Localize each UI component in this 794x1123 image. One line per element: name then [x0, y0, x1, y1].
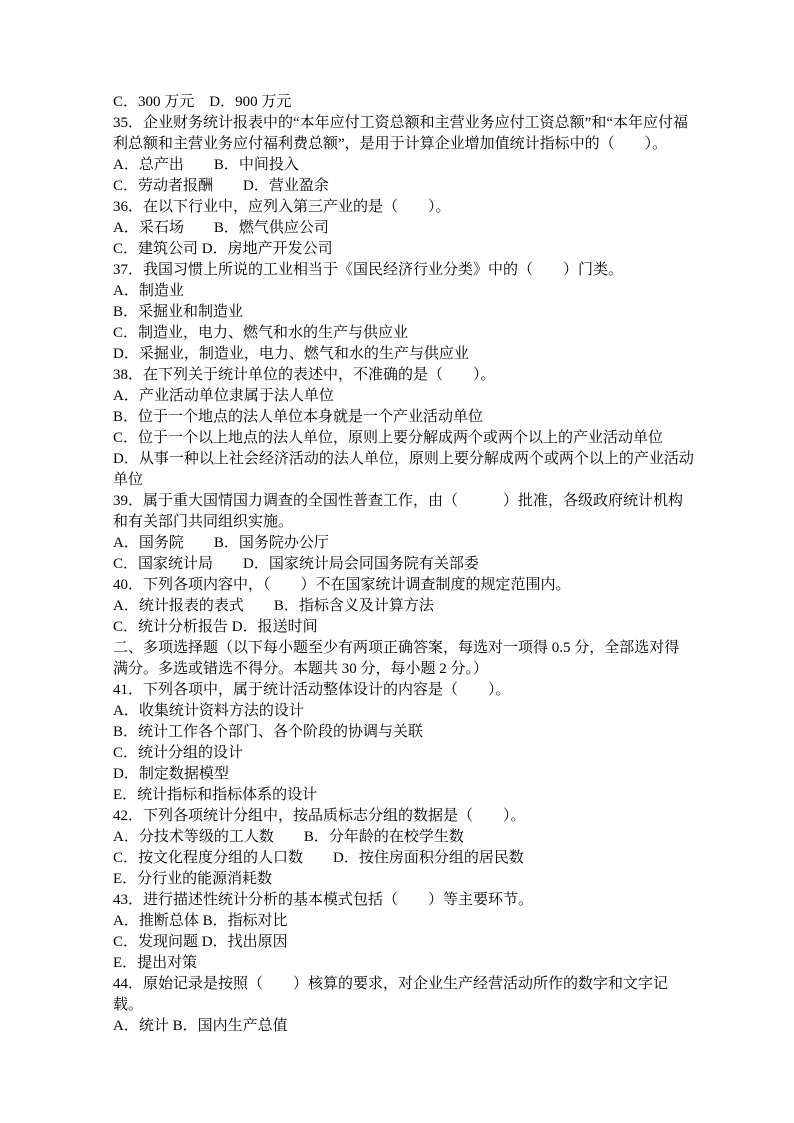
- option-line: E．提出对策: [113, 953, 694, 974]
- option-line: C．劳动者报酬 D．营业盈余: [113, 176, 694, 197]
- option-line: C．位于一个以上地点的法人单位，原则上要分解成两个或两个以上的产业活动单位: [113, 428, 694, 449]
- question-block: 38．在下列关于统计单位的表述中，不准确的是（ ）。A．产业活动单位隶属于法人单…: [113, 365, 694, 491]
- question-block: 36．在以下行业中，应列入第三产业的是（ ）。A．采石场 B．燃气供应公司C．建…: [113, 197, 694, 260]
- option-line: C．发现问题 D．找出原因: [113, 932, 694, 953]
- question-block: 39．属于重大国情国力调查的全国性普查工作，由（ ）批准，各级政府统计机构和有关…: [113, 491, 694, 575]
- option-line: A．国务院 B．国务院办公厅: [113, 533, 694, 554]
- option-line: E．统计指标和指标体系的设计: [113, 785, 694, 806]
- option-line: C．国家统计局 D．国家统计局会同国务院有关部委: [113, 554, 694, 575]
- option-line: C．统计分析报告 D．报送时间: [113, 617, 694, 638]
- option-line: D．从事一种以上社会经济活动的法人单位，原则上要分解成两个或两个以上的产业活动单…: [113, 449, 694, 491]
- question-block: 35．企业财务统计报表中的“本年应付工资总额和主营业务应付工资总额”和“本年应付…: [113, 113, 694, 197]
- question-stem: 36．在以下行业中，应列入第三产业的是（ ）。: [113, 197, 694, 218]
- option-line: C．制造业，电力、燃气和水的生产与供应业: [113, 323, 694, 344]
- question-stem: 39．属于重大国情国力调查的全国性普查工作，由（ ）批准，各级政府统计机构和有关…: [113, 491, 694, 533]
- question-block: 44．原始记录是按照（ ）核算的要求，对企业生产经营活动所作的数字和文字记载。A…: [113, 974, 694, 1037]
- option-line: C．统计分组的设计: [113, 743, 694, 764]
- question-block: 40．下列各项内容中，（ ）不在国家统计调查制度的规定范围内。A．统计报表的表式…: [113, 575, 694, 638]
- question-stem: 37．我国习惯上所说的工业相当于《国民经济行业分类》中的（ ）门类。: [113, 260, 694, 281]
- question-stem: 35．企业财务统计报表中的“本年应付工资总额和主营业务应付工资总额”和“本年应付…: [113, 113, 694, 155]
- option-line: C．按文化程度分组的人口数 D．按住房面积分组的居民数: [113, 848, 694, 869]
- option-line: B．位于一个地点的法人单位本身就是一个产业活动单位: [113, 407, 694, 428]
- question-stem: 43．进行描述性统计分析的基本模式包括（ ）等主要环节。: [113, 890, 694, 911]
- option-line: A．统计报表的表式 B．指标含义及计算方法: [113, 596, 694, 617]
- option-line: A．采石场 B．燃气供应公司: [113, 218, 694, 239]
- option-line: D．制定数据模型: [113, 764, 694, 785]
- option-line: D．采掘业，制造业，电力、燃气和水的生产与供应业: [113, 344, 694, 365]
- section-header-block: 二、多项选择题（以下每小题至少有两项正确答案，每选对一项得 0.5 分，全部选对…: [113, 638, 694, 680]
- document-body: C．300 万元 D．900 万元35．企业财务统计报表中的“本年应付工资总额和…: [113, 92, 694, 1037]
- option-line: A．统计 B．国内生产总值: [113, 1016, 694, 1037]
- question-stem: 38．在下列关于统计单位的表述中，不准确的是（ ）。: [113, 365, 694, 386]
- option-line: A．推断总体 B．指标对比: [113, 911, 694, 932]
- question-block: 43．进行描述性统计分析的基本模式包括（ ）等主要环节。A．推断总体 B．指标对…: [113, 890, 694, 974]
- option-line: C．300 万元 D．900 万元: [113, 92, 694, 113]
- section-header: 二、多项选择题（以下每小题至少有两项正确答案，每选对一项得 0.5 分，全部选对…: [113, 638, 694, 680]
- exam-page: C．300 万元 D．900 万元35．企业财务统计报表中的“本年应付工资总额和…: [0, 0, 794, 1123]
- option-line: A．产业活动单位隶属于法人单位: [113, 386, 694, 407]
- question-stem: 44．原始记录是按照（ ）核算的要求，对企业生产经营活动所作的数字和文字记载。: [113, 974, 694, 1016]
- question-block: 42．下列各项统计分组中，按品质标志分组的数据是（ ）。A．分技术等级的工人数 …: [113, 806, 694, 890]
- question-block: 41．下列各项中，属于统计活动整体设计的内容是（ ）。A．收集统计资料方法的设计…: [113, 680, 694, 806]
- question-block: 37．我国习惯上所说的工业相当于《国民经济行业分类》中的（ ）门类。A．制造业B…: [113, 260, 694, 365]
- option-line: A．分技术等级的工人数 B．分年龄的在校学生数: [113, 827, 694, 848]
- option-line: B．统计工作各个部门、各个阶段的协调与关联: [113, 722, 694, 743]
- option-line: A．收集统计资料方法的设计: [113, 701, 694, 722]
- question-stem: 40．下列各项内容中，（ ）不在国家统计调查制度的规定范围内。: [113, 575, 694, 596]
- option-line: A．总产出 B．中间投入: [113, 155, 694, 176]
- option-line: A．制造业: [113, 281, 694, 302]
- options-block: C．300 万元 D．900 万元: [113, 92, 694, 113]
- question-stem: 41．下列各项中，属于统计活动整体设计的内容是（ ）。: [113, 680, 694, 701]
- option-line: C．建筑公司 D．房地产开发公司: [113, 239, 694, 260]
- question-stem: 42．下列各项统计分组中，按品质标志分组的数据是（ ）。: [113, 806, 694, 827]
- option-line: E．分行业的能源消耗数: [113, 869, 694, 890]
- option-line: B．采掘业和制造业: [113, 302, 694, 323]
